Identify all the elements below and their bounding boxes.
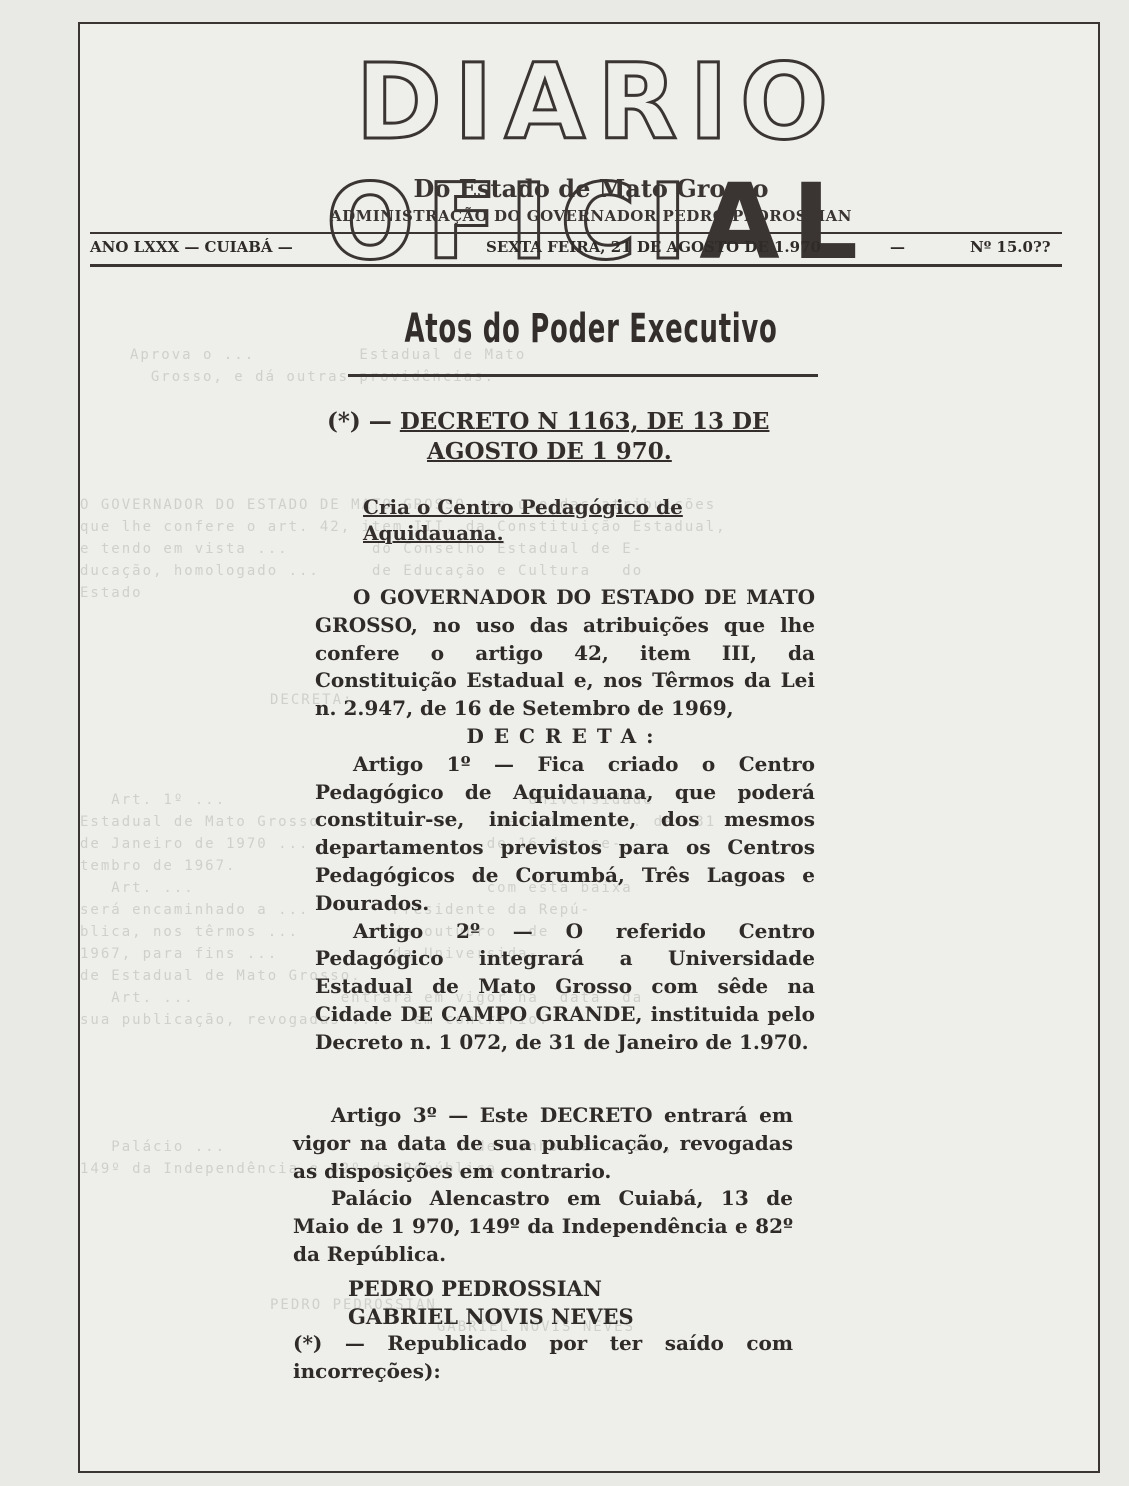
- signatory-secretary: GABRIEL NOVIS NEVES: [293, 1303, 793, 1331]
- decree-body: O GOVERNADOR DO ESTADO DE MATO GROSSO, n…: [315, 584, 815, 1057]
- decree-heading: (*) — DECRETO N 1163, DE 13 DE AGOSTO DE…: [327, 407, 847, 467]
- preamble: O GOVERNADOR DO ESTADO DE MATO GROSSO, n…: [315, 584, 815, 723]
- decreta-heading: DECRETA:: [315, 723, 815, 751]
- decree-heading-line2: AGOSTO DE 1 970.: [427, 438, 672, 465]
- issue-dash: —: [890, 238, 905, 256]
- decree-summary: Cria o Centro Pedagógico de Aquidauana.: [363, 494, 823, 546]
- issue-date: SEXTA FEIRA, 21 DE AGOSTO DE 1.970: [486, 238, 821, 256]
- issue-number: Nº 15.0??: [970, 238, 1051, 256]
- closing-place-date: Palácio Alencastro em Cuiabá, 13 de Maio…: [293, 1185, 793, 1268]
- article-1: Artigo 1º — Fica criado o Centro Pedagóg…: [315, 751, 815, 918]
- divider: [90, 264, 1062, 267]
- administration-line: ADMINISTRAÇÃO DO GOVERNADOR PEDRO PEDROS…: [80, 207, 1102, 225]
- issue-info-bar: ANO LXXX — CUIABÁ — SEXTA FEIRA, 21 DE A…: [90, 232, 1060, 262]
- decree-heading-line1: DECRETO N 1163, DE 13 DE: [400, 408, 770, 435]
- masthead-subtitle: Do Estado de Mato Grosso: [80, 174, 1102, 203]
- article-3: Artigo 3º — Este DECRETO entrará em vigo…: [293, 1102, 793, 1185]
- decree-body-lower: Artigo 3º — Este DECRETO entrará em vigo…: [293, 1102, 793, 1386]
- article-2: Artigo 2º — O referido Centro Pedagógico…: [315, 918, 815, 1057]
- section-title: Atos do Poder Executivo: [223, 306, 959, 352]
- section-title-underline: [348, 374, 818, 377]
- signatory-governor: PEDRO PEDROSSIAN: [293, 1275, 793, 1303]
- issue-year-city: ANO LXXX — CUIABÁ —: [90, 238, 293, 256]
- footnote-marker: (*) —: [327, 408, 392, 435]
- republication-note: (*) — Republicado por ter saído com inco…: [293, 1330, 793, 1386]
- newspaper-page: Aprova o ... Estadual de Mato Grosso, e …: [78, 22, 1100, 1473]
